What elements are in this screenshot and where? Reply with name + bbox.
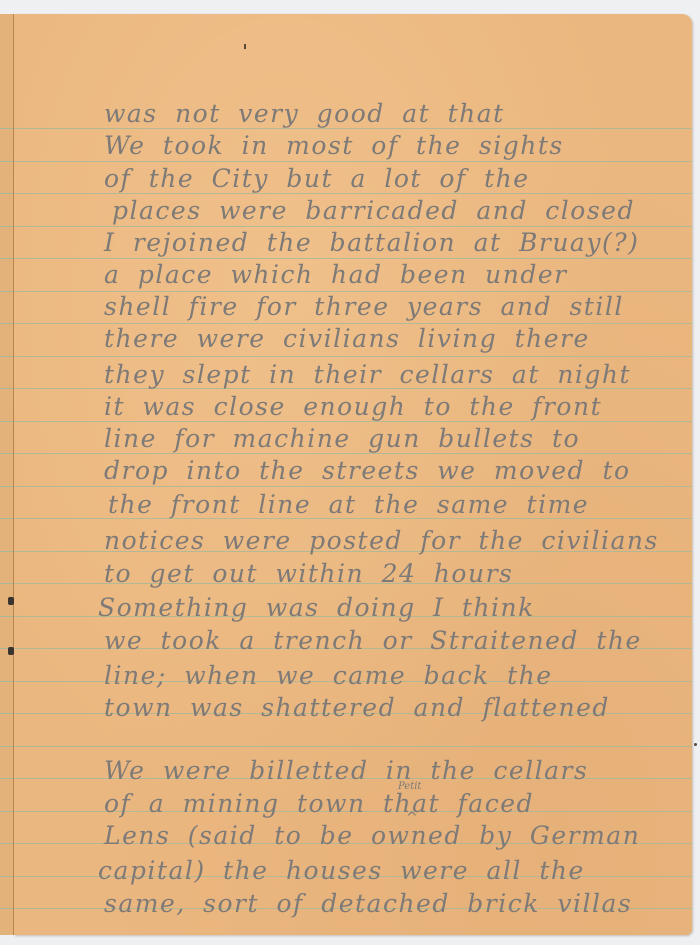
ruled-line (14, 356, 692, 357)
text-line: drop into the streets we moved to (104, 457, 631, 485)
facing-page-ruled-line (0, 323, 13, 324)
facing-page-ruled-line (0, 518, 13, 519)
text-line: there were civilians living there (104, 325, 590, 353)
text-line: of a mining town that faced (104, 790, 534, 818)
text-line: the front line at the same time (108, 491, 589, 519)
text-line: Lens (said to be owned by German (104, 822, 640, 850)
facing-page-ruled-line (0, 681, 13, 682)
text-line: places were barricaded and closed (112, 197, 635, 225)
ruled-line (14, 453, 692, 454)
ruled-line (14, 258, 692, 259)
facing-page-edge (0, 14, 15, 935)
ink-speck (244, 44, 246, 49)
text-line: was not very good at that (104, 100, 505, 128)
facing-page-ruled-line (0, 551, 13, 552)
text-line: it was close enough to the front (104, 393, 602, 421)
text-line: to get out within 24 hours (104, 560, 513, 588)
facing-page-ruled-line (0, 486, 13, 487)
ruled-line (14, 421, 692, 422)
ruled-line (14, 746, 692, 747)
ruled-line (14, 486, 692, 487)
facing-page-ruled-line (0, 778, 13, 779)
ink-dot (694, 743, 697, 746)
binding-staple (8, 647, 14, 655)
ruled-line (14, 193, 692, 194)
text-line: capital) the houses were all the (98, 857, 585, 885)
text-line: We took in most of the sights (104, 132, 564, 160)
facing-page-ruled-line (0, 746, 13, 747)
ruled-line (14, 128, 692, 129)
text-line: Something was doing I think (98, 594, 535, 622)
text-line: line for machine gun bullets to (104, 425, 580, 453)
text-line: town was shattered and flattened (104, 694, 610, 722)
facing-page-ruled-line (0, 713, 13, 714)
facing-page-ruled-line (0, 843, 13, 844)
facing-page-ruled-line (0, 453, 13, 454)
facing-page-ruled-line (0, 616, 13, 617)
facing-page-ruled-line (0, 908, 13, 909)
facing-page-ruled-line (0, 421, 13, 422)
text-line: of the City but a lot of the (104, 165, 530, 193)
text-line: I rejoined the battalion at Bruay(?) (104, 229, 639, 257)
facing-page-ruled-line (0, 388, 13, 389)
text-line: shell fire for three years and still (104, 293, 624, 321)
facing-page-ruled-line (0, 128, 13, 129)
facing-page-ruled-line (0, 876, 13, 877)
facing-page-ruled-line (0, 161, 13, 162)
text-line: line; when we came back the (104, 662, 553, 690)
interlinear-insert: Petit (398, 781, 421, 792)
facing-page-ruled-line (0, 291, 13, 292)
facing-page-ruled-line (0, 193, 13, 194)
facing-page-ruled-line (0, 226, 13, 227)
facing-page-ruled-line (0, 356, 13, 357)
text-line: We were billetted in the cellars (104, 757, 588, 785)
insertion-caret: ^ (406, 810, 418, 826)
ruled-line (14, 161, 692, 162)
text-line: notices were posted for the civilians (104, 527, 659, 555)
text-line: they slept in their cellars at night (104, 361, 631, 389)
text-line: a place which had been under (104, 261, 568, 289)
facing-page-ruled-line (0, 258, 13, 259)
facing-page-ruled-line (0, 811, 13, 812)
text-line: we took a trench or Straitened the (104, 627, 642, 655)
binding-staple (8, 597, 14, 605)
notebook-page: was not very good at that We took in mos… (14, 14, 692, 935)
ruled-line (14, 226, 692, 227)
facing-page-ruled-line (0, 583, 13, 584)
text-line: same, sort of detached brick villas (104, 890, 632, 918)
